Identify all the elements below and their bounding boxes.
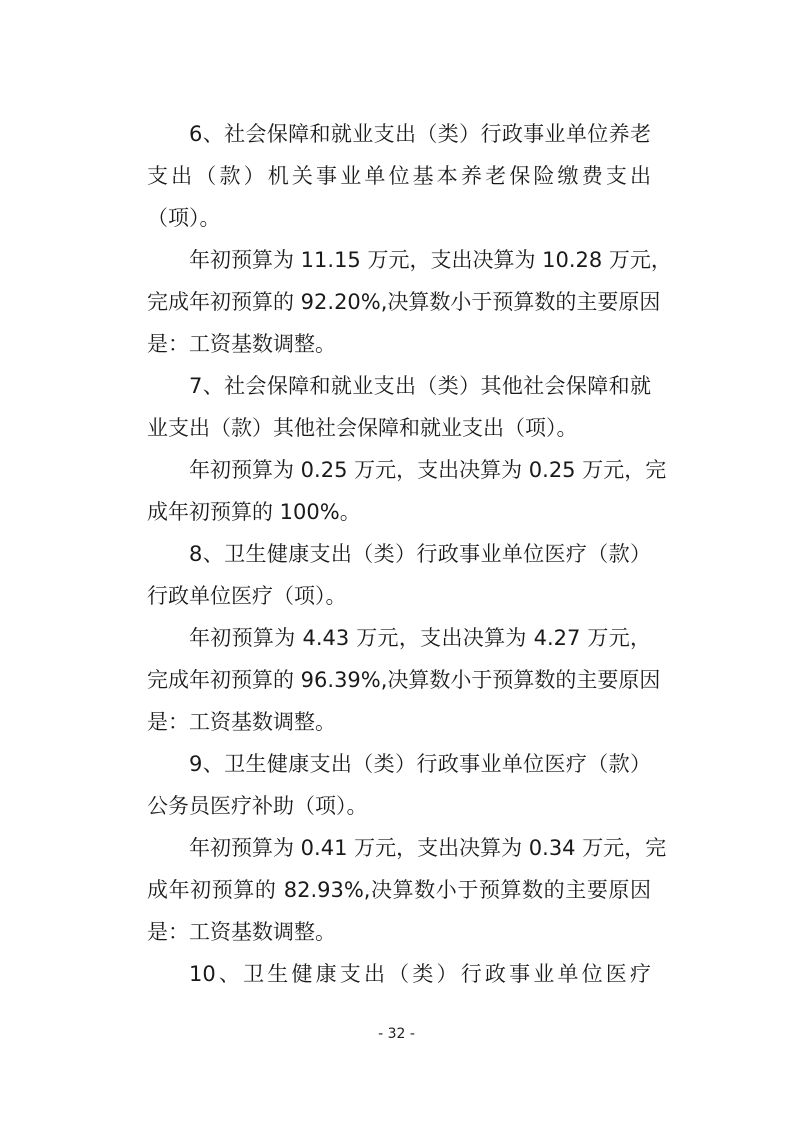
text-line: 成年初预算的 82.93%,决算数小于预算数的主要原因 <box>147 875 651 905</box>
document-page: 6、社会保障和就业支出（类）行政事业单位养老支出（款）机关事业单位基本养老保险缴… <box>0 0 793 1122</box>
text-line: 是：工资基数调整。 <box>147 329 651 359</box>
text-line: 行政单位医疗（项）。 <box>147 581 651 611</box>
text-line: 9、卫生健康支出（类）行政事业单位医疗（款） <box>189 749 651 779</box>
text-line: 6、社会保障和就业支出（类）行政事业单位养老 <box>189 119 651 149</box>
text-line: 10、卫生健康支出（类）行政事业单位医疗 <box>189 959 651 989</box>
page-number: - 32 - <box>0 1024 793 1044</box>
text-line: 公务员医疗补助（项）。 <box>147 791 651 821</box>
text-line: 年初预算为 11.15 万元，支出决算为 10.28 万元， <box>189 245 651 275</box>
text-line: 成年初预算的 100%。 <box>147 497 651 527</box>
text-line: 是：工资基数调整。 <box>147 707 651 737</box>
text-line: 完成年初预算的 92.20%,决算数小于预算数的主要原因 <box>147 287 651 317</box>
text-line: 8、卫生健康支出（类）行政事业单位医疗（款） <box>189 539 651 569</box>
text-line: 完成年初预算的 96.39%,决算数小于预算数的主要原因 <box>147 665 651 695</box>
text-line: （项）。 <box>147 203 651 233</box>
text-line: 年初预算为 0.25 万元，支出决算为 0.25 万元，完 <box>189 455 651 485</box>
text-line: 年初预算为 0.41 万元，支出决算为 0.34 万元，完 <box>189 833 651 863</box>
text-line: 业支出（款）其他社会保障和就业支出（项）。 <box>147 413 651 443</box>
text-line: 是：工资基数调整。 <box>147 917 651 947</box>
text-line: 年初预算为 4.43 万元，支出决算为 4.27 万元， <box>189 623 651 653</box>
text-line: 7、社会保障和就业支出（类）其他社会保障和就 <box>189 371 651 401</box>
text-line: 支出（款）机关事业单位基本养老保险缴费支出 <box>147 161 651 191</box>
